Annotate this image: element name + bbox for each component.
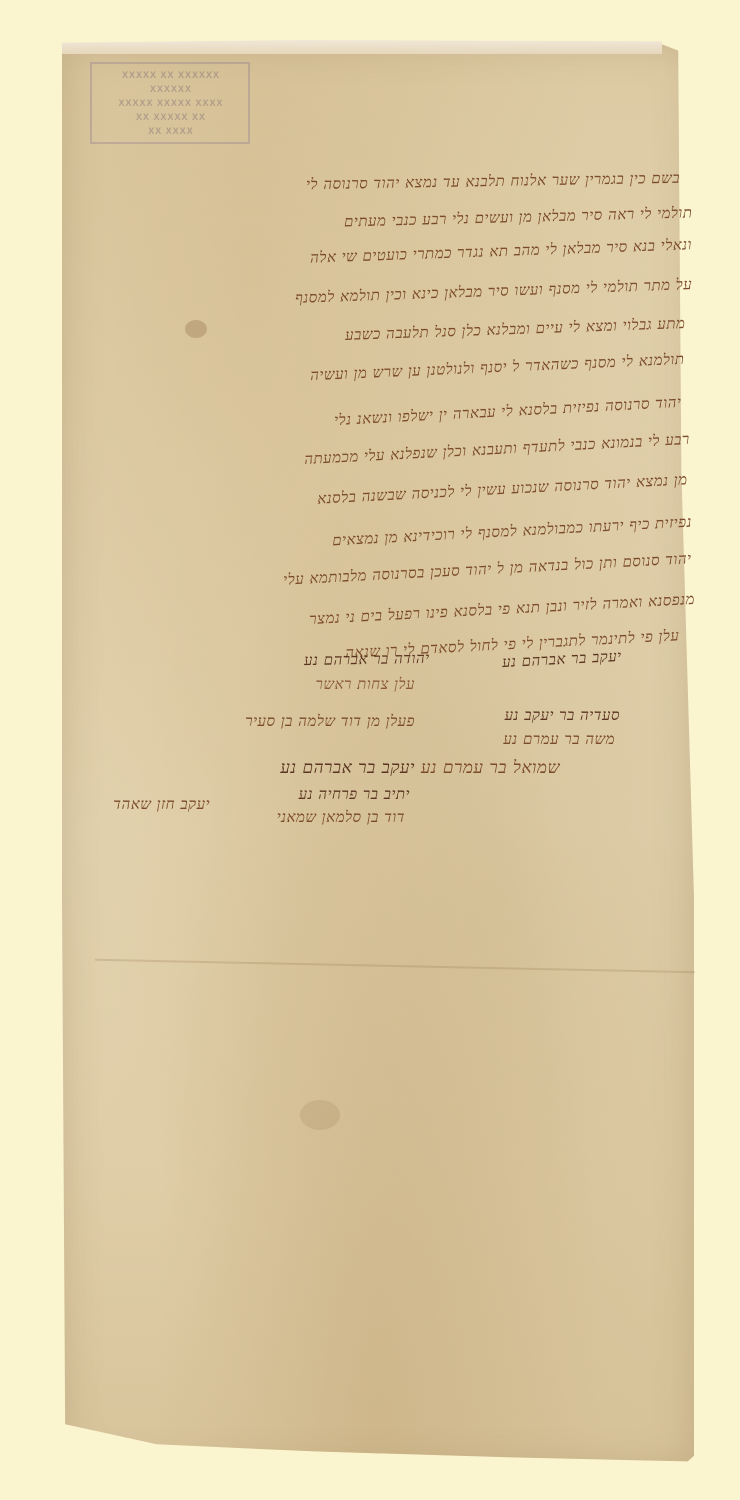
- library-stamp: XXXXXX XX XXXXX XXXXXX XXXX XXXXX XXXXX …: [90, 62, 250, 144]
- text-line: יהודה בר אברהם נע: [304, 649, 430, 670]
- stamp-line: XXXXXX XX XXXXX: [92, 68, 248, 82]
- signature: סעדיה בר יעקב נע: [505, 706, 620, 725]
- signature: יתיב בר פרחיה נע: [299, 785, 410, 804]
- torn-top-edge: [62, 40, 662, 54]
- signature: דוד בן סלמאן שמאני: [277, 808, 405, 827]
- signature: יעקב חזן שאהד: [113, 795, 210, 814]
- signature: שמואל בר עמרם נע: [421, 758, 560, 778]
- signature: יעקב בר אברהם נע: [280, 758, 415, 778]
- stamp-line: XXXXXX: [92, 82, 248, 96]
- signature: פעלן מן דוד שלמה בן סעיר: [245, 712, 415, 731]
- stain: [300, 1100, 340, 1130]
- text-line: עלן צחות ראשר: [316, 675, 415, 694]
- signature: משה בר עמרם נע: [503, 730, 615, 749]
- stamp-line: XX XXXXX XX: [92, 110, 248, 124]
- stamp-line: XXXX XX: [92, 124, 248, 138]
- stamp-line: XXXX XXXXX XXXXX: [92, 96, 248, 110]
- stain: [185, 320, 207, 338]
